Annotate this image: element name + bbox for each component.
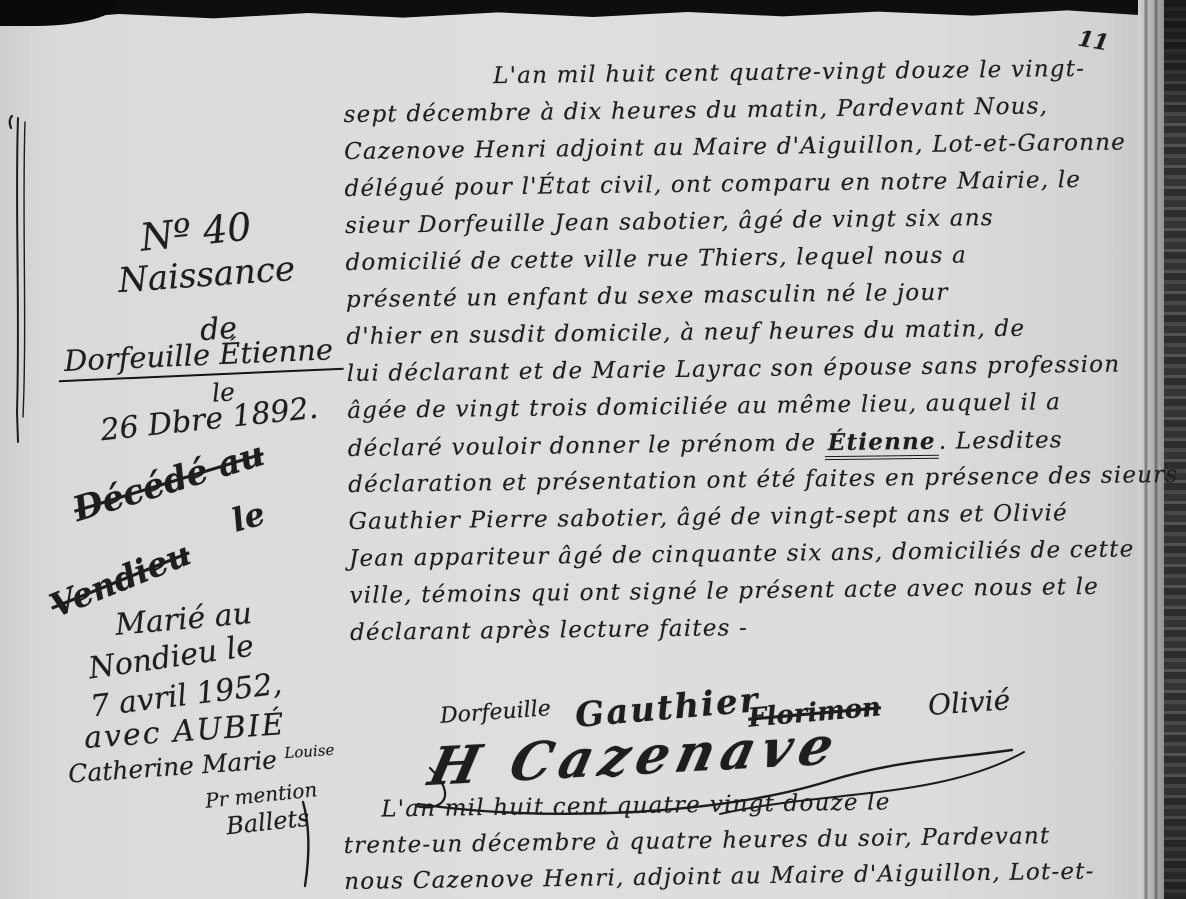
child-name: Dorfeuille Étienne (57, 332, 344, 382)
left-fold-mark (6, 112, 36, 452)
birth-date: 26 Dbre 1892. (99, 391, 320, 449)
next-act-text: L'an mil huit cent quatre-vingt douze le… (343, 782, 1095, 899)
register-page-scan: 11 Nº 40 Naissance de Dorfeuille Étienne… (0, 0, 1186, 899)
signature-declarant: Dorfeuille (439, 696, 551, 729)
name-line-pre: déclaré vouloir donner le prénom de (348, 430, 825, 462)
name-line-post: . Lesdites (939, 427, 1063, 455)
page-top-edge (0, 0, 1186, 20)
page-top-left-edge (0, 0, 118, 26)
act-number: Nº 40 (138, 204, 254, 259)
struck-note-line2: le (227, 494, 269, 539)
mention-signature-flourish (295, 800, 325, 890)
spouse-name-superscript: Louise (284, 741, 335, 762)
birth-act-text: L'an mil huit cent quatre-vingt douze le… (343, 50, 1180, 652)
signature-witness2: Olivié (927, 683, 1011, 722)
given-name-underlined: Étienne (825, 428, 939, 460)
